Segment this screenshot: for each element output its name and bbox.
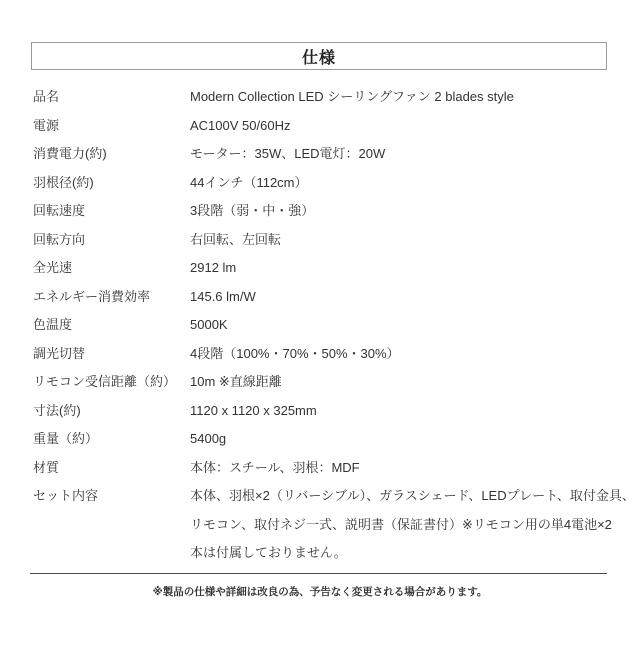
spec-value: 1120 x 1120 x 325mm bbox=[190, 397, 317, 426]
spec-label: 回転速度 bbox=[33, 197, 190, 226]
table-row-product-name: 品名 Modern Collection LED シーリングファン 2 blad… bbox=[33, 83, 640, 112]
spec-value: 145.6 lm/W bbox=[190, 283, 256, 312]
table-row-material: 材質 本体：スチール、羽根：MDF bbox=[33, 454, 640, 483]
spec-value: 5400g bbox=[190, 425, 226, 454]
spec-label: エネルギー消費効率 bbox=[33, 283, 190, 312]
spec-value: 本体：スチール、羽根：MDF bbox=[190, 454, 360, 483]
table-row-weight: 重量（約） 5400g bbox=[33, 425, 640, 454]
spec-value: Modern Collection LED シーリングファン 2 blades … bbox=[190, 83, 514, 112]
spec-title: 仕様 bbox=[302, 45, 336, 68]
spec-label: 寸法(約) bbox=[33, 397, 190, 426]
spec-label: 消費電力(約) bbox=[33, 140, 190, 169]
table-row-power-consumption: 消費電力(約) モーター：35W、LED電灯：20W bbox=[33, 140, 640, 169]
spec-label: 材質 bbox=[33, 454, 190, 483]
set-contents-line: リモコン、取付ネジ一式、説明書（保証書付）※リモコン用の単4電池×2 bbox=[190, 511, 635, 540]
spec-label: セット内容 bbox=[33, 482, 190, 511]
spec-label: 調光切替 bbox=[33, 340, 190, 369]
spec-label: 羽根径(約) bbox=[33, 169, 190, 198]
table-row-energy-efficiency: エネルギー消費効率 145.6 lm/W bbox=[33, 283, 640, 312]
spec-label: 色温度 bbox=[33, 311, 190, 340]
table-row-dimming-steps: 調光切替 4段階（100%・70%・50%・30%） bbox=[33, 340, 640, 369]
table-row-dimensions: 寸法(約) 1120 x 1120 x 325mm bbox=[33, 397, 640, 426]
spec-value: 右回転、左回転 bbox=[190, 226, 281, 255]
table-row-rotation-speed: 回転速度 3段階（弱・中・強） bbox=[33, 197, 640, 226]
footer-divider bbox=[30, 573, 607, 574]
table-row-remote-range: リモコン受信距離（約） 10m ※直線距離 bbox=[33, 368, 640, 397]
spec-label: 全光速 bbox=[33, 254, 190, 283]
spec-label: 回転方向 bbox=[33, 226, 190, 255]
spec-value: AC100V 50/60Hz bbox=[190, 112, 290, 141]
spec-label: 電源 bbox=[33, 112, 190, 141]
table-row-set-contents: セット内容 本体、羽根×2（リバーシブル）、ガラスシェード、LEDプレート、取付… bbox=[33, 482, 640, 568]
spec-label: 品名 bbox=[33, 83, 190, 112]
set-contents-line: 本は付属しておりません。 bbox=[190, 539, 635, 568]
spec-value: モーター：35W、LED電灯：20W bbox=[190, 140, 385, 169]
footer-note: ※製品の仕様や詳細は改良の為、予告なく変更される場合があります。 bbox=[0, 584, 640, 599]
spec-title-box: 仕様 bbox=[31, 42, 607, 70]
spec-value: 10m ※直線距離 bbox=[190, 368, 282, 397]
table-row-luminous-flux: 全光速 2912 lm bbox=[33, 254, 640, 283]
table-row-power-source: 電源 AC100V 50/60Hz bbox=[33, 112, 640, 141]
spec-value: 44インチ（112cm） bbox=[190, 169, 308, 198]
spec-value: 3段階（弱・中・強） bbox=[190, 197, 314, 226]
spec-label: リモコン受信距離（約） bbox=[33, 368, 190, 397]
spec-value: 5000K bbox=[190, 311, 228, 340]
spec-label: 重量（約） bbox=[33, 425, 190, 454]
table-row-color-temperature: 色温度 5000K bbox=[33, 311, 640, 340]
spec-value: 本体、羽根×2（リバーシブル）、ガラスシェード、LEDプレート、取付金具、 リモ… bbox=[190, 482, 635, 568]
set-contents-line: 本体、羽根×2（リバーシブル）、ガラスシェード、LEDプレート、取付金具、 bbox=[190, 482, 635, 511]
table-row-blade-diameter: 羽根径(約) 44インチ（112cm） bbox=[33, 169, 640, 198]
spec-table: 品名 Modern Collection LED シーリングファン 2 blad… bbox=[33, 83, 640, 568]
spec-sheet: 仕様 品名 Modern Collection LED シーリングファン 2 b… bbox=[0, 0, 640, 650]
table-row-rotation-direction: 回転方向 右回転、左回転 bbox=[33, 226, 640, 255]
spec-value: 4段階（100%・70%・50%・30%） bbox=[190, 340, 400, 369]
spec-value: 2912 lm bbox=[190, 254, 236, 283]
